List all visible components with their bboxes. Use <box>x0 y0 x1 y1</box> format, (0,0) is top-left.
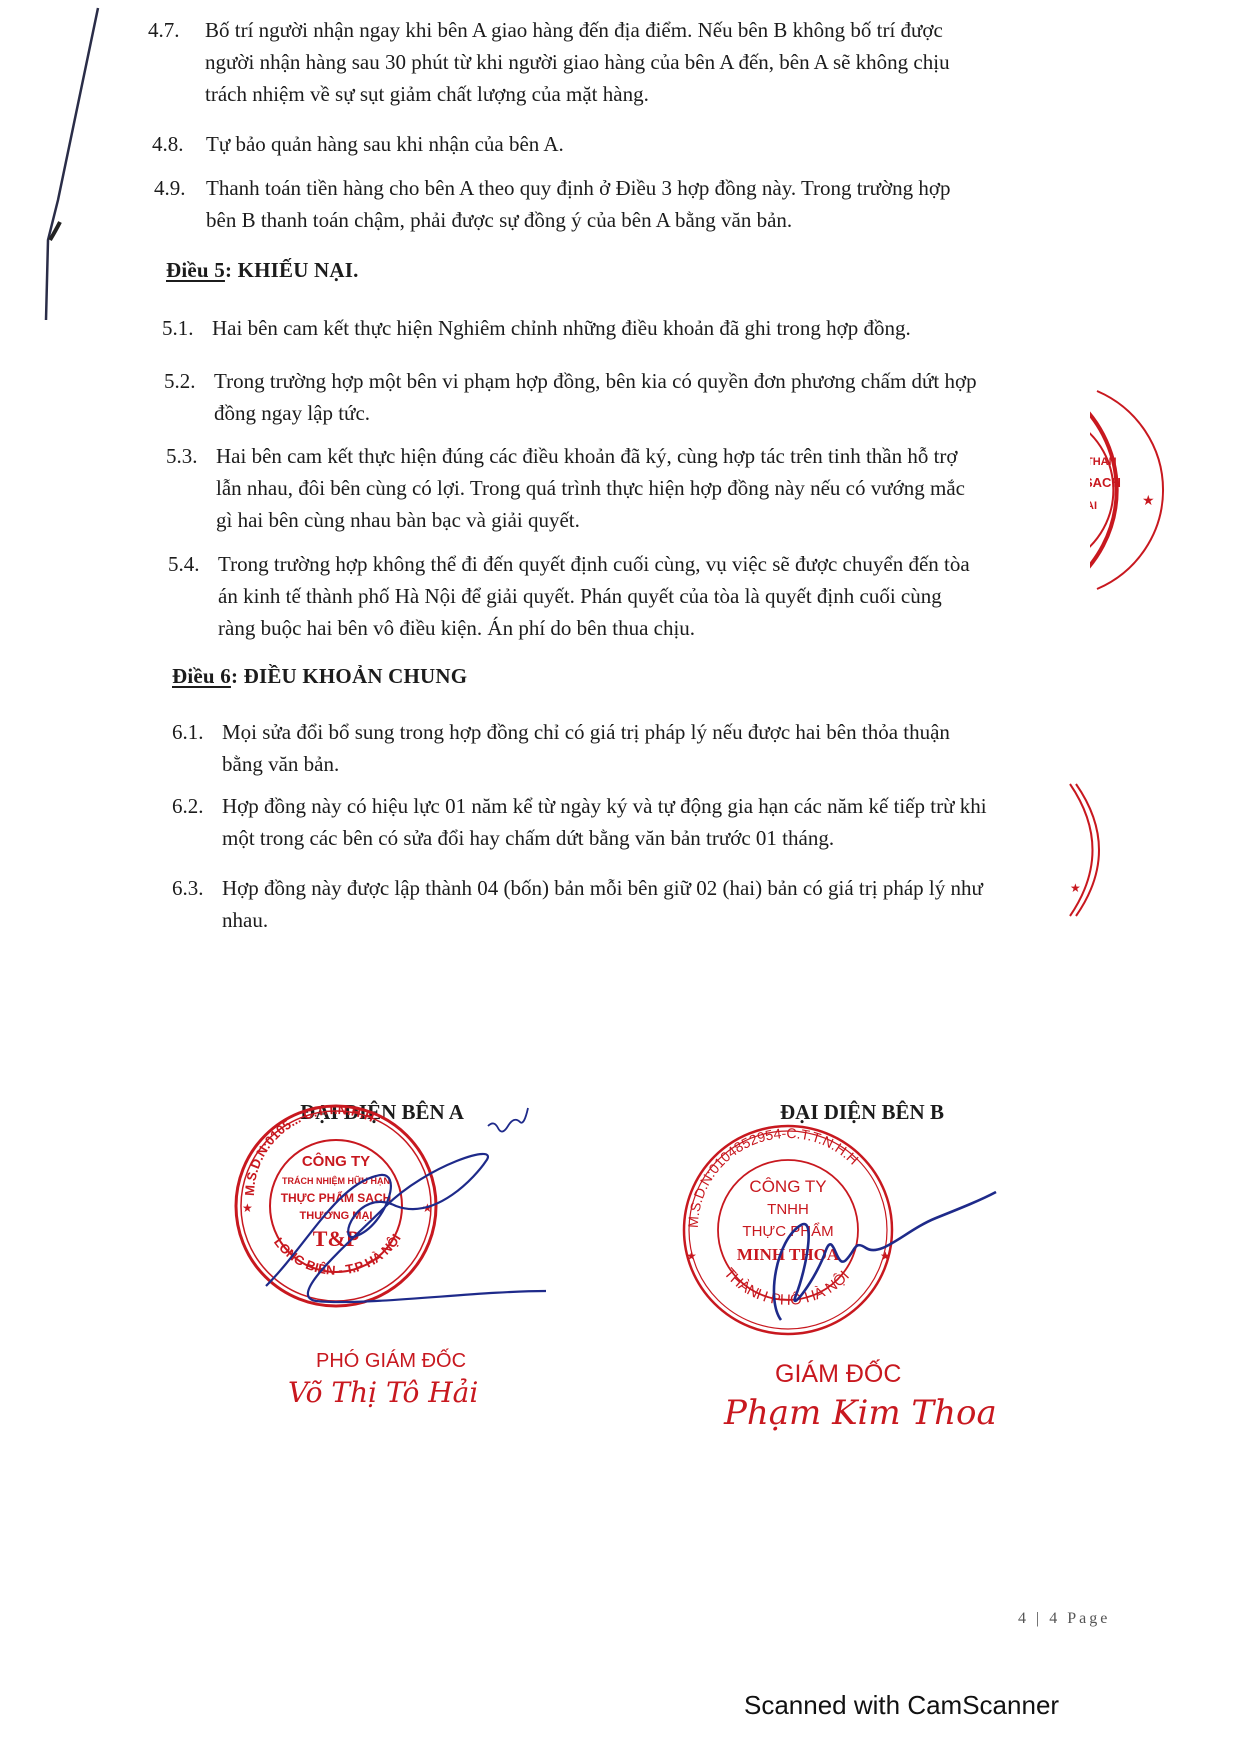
clause-line: ràng buộc hai bên vô điều kiện. Án phí d… <box>218 612 970 644</box>
article-5-heading: Điều 5: KHIẾU NẠI. <box>166 258 359 283</box>
svg-text:★: ★ <box>242 1201 253 1215</box>
page-number: 4 | 4 Page <box>1018 1610 1110 1628</box>
clause-line: một trong các bên có sửa đổi hay chấm dứ… <box>222 822 987 854</box>
svg-text:★: ★ <box>686 1249 697 1263</box>
svg-text:THÀNH PHỐ HÀ NỘI: THÀNH PHỐ HÀ NỘI <box>720 1265 853 1309</box>
clause-number: 5.4. <box>168 548 200 580</box>
article-6-heading: Điều 6: ĐIỀU KHOẢN CHUNG <box>172 664 467 689</box>
clause-line: Thanh toán tiền hàng cho bên A theo quy … <box>206 172 950 204</box>
svg-text:CÔNG TY: CÔNG TY <box>302 1152 370 1170</box>
article-title: : KHIẾU NẠI. <box>225 258 359 282</box>
clause-line: Hợp đồng này được lập thành 04 (bốn) bản… <box>222 872 983 904</box>
party-a-name: Võ Thị Tô Hải <box>288 1376 478 1409</box>
clause-number: 6.1. <box>172 716 204 748</box>
party-b-name: Phạm Kim Thoa <box>724 1393 997 1433</box>
scan-edge-artifact <box>0 0 120 320</box>
partial-stamp-arc: ★ <box>1060 780 1120 920</box>
clause-line: Hợp đồng này có hiệu lực 01 năm kể từ ng… <box>222 790 987 822</box>
clause-line: Trong trường hợp một bên vi phạm hợp đồn… <box>214 365 977 397</box>
clause-number: 4.8. <box>152 128 184 160</box>
svg-text:AI: AI <box>1090 500 1097 512</box>
clause-line: Hai bên cam kết thực hiện đúng các điều … <box>216 440 965 472</box>
clause-line: Tự bảo quản hàng sau khi nhận của bên A. <box>206 128 564 160</box>
party-a-stamp: M.S.D.N:0105... C.T.T.N.H.H LONG BIÊN - … <box>226 1096 556 1326</box>
clause-number: 6.3. <box>172 872 204 904</box>
clause-line: án kinh tế thành phố Hà Nội để giải quyế… <box>218 580 970 612</box>
party-a-position: PHÓ GIÁM ĐỐC <box>316 1350 466 1373</box>
article-label: Điều 5 <box>166 258 225 282</box>
svg-text:CÔNG TY: CÔNG TY <box>749 1177 826 1196</box>
svg-text:THAN: THAN <box>1090 456 1117 468</box>
clause-line: Bố trí người nhận ngay khi bên A giao hà… <box>205 14 950 46</box>
svg-text:THƯƠNG MẠI: THƯƠNG MẠI <box>300 1210 373 1222</box>
clause-line: Hai bên cam kết thực hiện Nghiêm chỉnh n… <box>212 312 911 344</box>
party-b-stamp: M.S.D.N:0104852954-C.T.T.N.H.H THÀNH PHỐ… <box>676 1120 1016 1340</box>
party-b-position: GIÁM ĐỐC <box>775 1360 901 1389</box>
clause-number: 5.2. <box>164 365 196 397</box>
clause-line: Trong trường hợp không thể đi đến quyết … <box>218 548 970 580</box>
clause-line: lẫn nhau, đôi bên cùng có lợi. Trong quá… <box>216 472 965 504</box>
partial-stamp-right: THAN SACH AI ★ <box>1090 385 1240 595</box>
clause-line: trách nhiệm về sự sụt giảm chất lượng củ… <box>205 78 950 110</box>
clause-line: bên B thanh toán chậm, phải được sự đồng… <box>206 204 950 236</box>
scanned-contract-page: 4.7. Bố trí người nhận ngay khi bên A gi… <box>0 0 1240 1755</box>
clause-number: 6.2. <box>172 790 204 822</box>
article-title: : ĐIỀU KHOẢN CHUNG <box>231 664 467 688</box>
clause-line: Mọi sửa đổi bổ sung trong hợp đồng chỉ c… <box>222 716 950 748</box>
camscanner-watermark: Scanned with CamScanner <box>744 1690 1059 1721</box>
svg-text:TNHH: TNHH <box>767 1201 809 1218</box>
svg-text:SACH: SACH <box>1090 475 1121 490</box>
clause-line: gì hai bên cùng nhau bàn bạc và giải quy… <box>216 504 965 536</box>
article-label: Điều 6 <box>172 664 231 688</box>
clause-number: 4.9. <box>154 172 186 204</box>
clause-number: 4.7. <box>148 14 180 46</box>
clause-line: đồng ngay lập tức. <box>214 397 977 429</box>
clause-number: 5.3. <box>166 440 198 472</box>
svg-text:★: ★ <box>880 1249 891 1263</box>
clause-line: bằng văn bản. <box>222 748 950 780</box>
clause-line: nhau. <box>222 904 983 936</box>
clause-number: 5.1. <box>162 312 194 344</box>
svg-text:★: ★ <box>1070 881 1081 895</box>
clause-line: người nhận hàng sau 30 phút từ khi người… <box>205 46 950 78</box>
svg-text:★: ★ <box>1142 494 1155 509</box>
